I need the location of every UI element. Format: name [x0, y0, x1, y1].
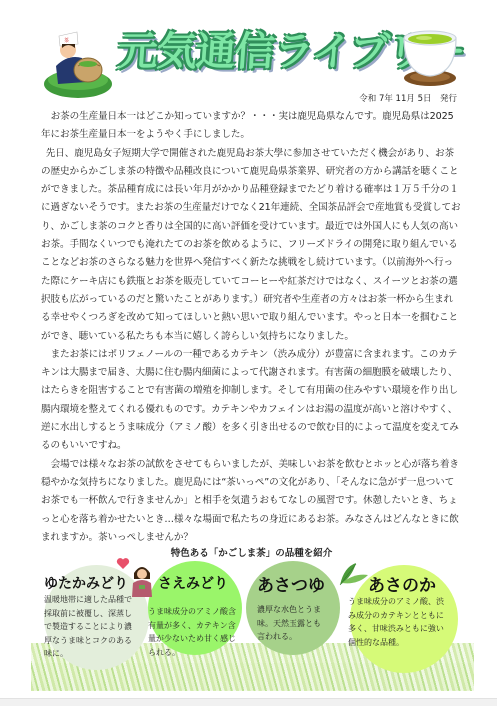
variety-name: ゆたかみどり [44, 573, 128, 593]
variety-description: 温暖地帯に適した品種で採取前に被覆し、深蒸しで製造することにより濃厚なうま味とコ… [44, 593, 136, 661]
variety-description: うま味成分のアミノ酸、渋み成分のカテキンとともに多く、甘味渋みともに強い個性的な… [348, 595, 448, 649]
article-paragraph: お茶の生産量日本一はどこか知っていますか？・・・実は鹿児島県なんです。鹿児島県は… [41, 108, 461, 145]
woman-drinking-tea-icon [130, 561, 154, 597]
viewer-bottom-edge [0, 698, 497, 706]
article-paragraph: またお茶にはポリフェノールの一種であるカテキン（渋み成分）が豊富に含まれます。こ… [41, 346, 461, 456]
svg-text:茶: 茶 [64, 37, 69, 44]
heart-icon [116, 557, 130, 570]
article-body: お茶の生産量日本一はどこか知っていますか？・・・実は鹿児島県なんです。鹿児島県は… [41, 108, 461, 547]
newsletter-page: 茶 元気通信ライブリー 令和 7年 11月 5日 発行 お茶の生産量日本一はどこ… [0, 0, 497, 698]
variety-name: さえみどり [158, 573, 228, 593]
article-paragraph: 会場では様々なお茶の試飲をさせてもらいましたが、美味しいお茶を飲むとホッと心が落… [41, 456, 461, 547]
issue-date: 令和 7年 11月 5日 発行 [359, 92, 457, 104]
article-paragraph: 先日、鹿児島女子短期大学で開催された鹿児島お茶大學に参加させていただく機会があり… [41, 145, 461, 346]
variety-name: あさつゆ [257, 571, 325, 596]
variety-description: うま味成分のアミノ酸含有量が多く、カテキン含量が少ないため甘く感じられる。 [148, 605, 236, 659]
variety-name: あさのか [368, 571, 436, 596]
varieties-heading: 特色ある「かごしま茶」の品種を紹介 [30, 545, 473, 559]
tea-leaf-icon [336, 561, 370, 587]
tea-farmer-illustration-icon: 茶 [42, 20, 114, 98]
green-tea-cup-icon [398, 24, 462, 88]
variety-description: 濃厚な水色とうま味。天然玉露とも言われる。 [257, 603, 327, 644]
tea-varieties-section: 特色ある「かごしま茶」の品種を紹介 ゆたかみどり 温暖地帯に適した品種で採取前に… [30, 543, 473, 688]
